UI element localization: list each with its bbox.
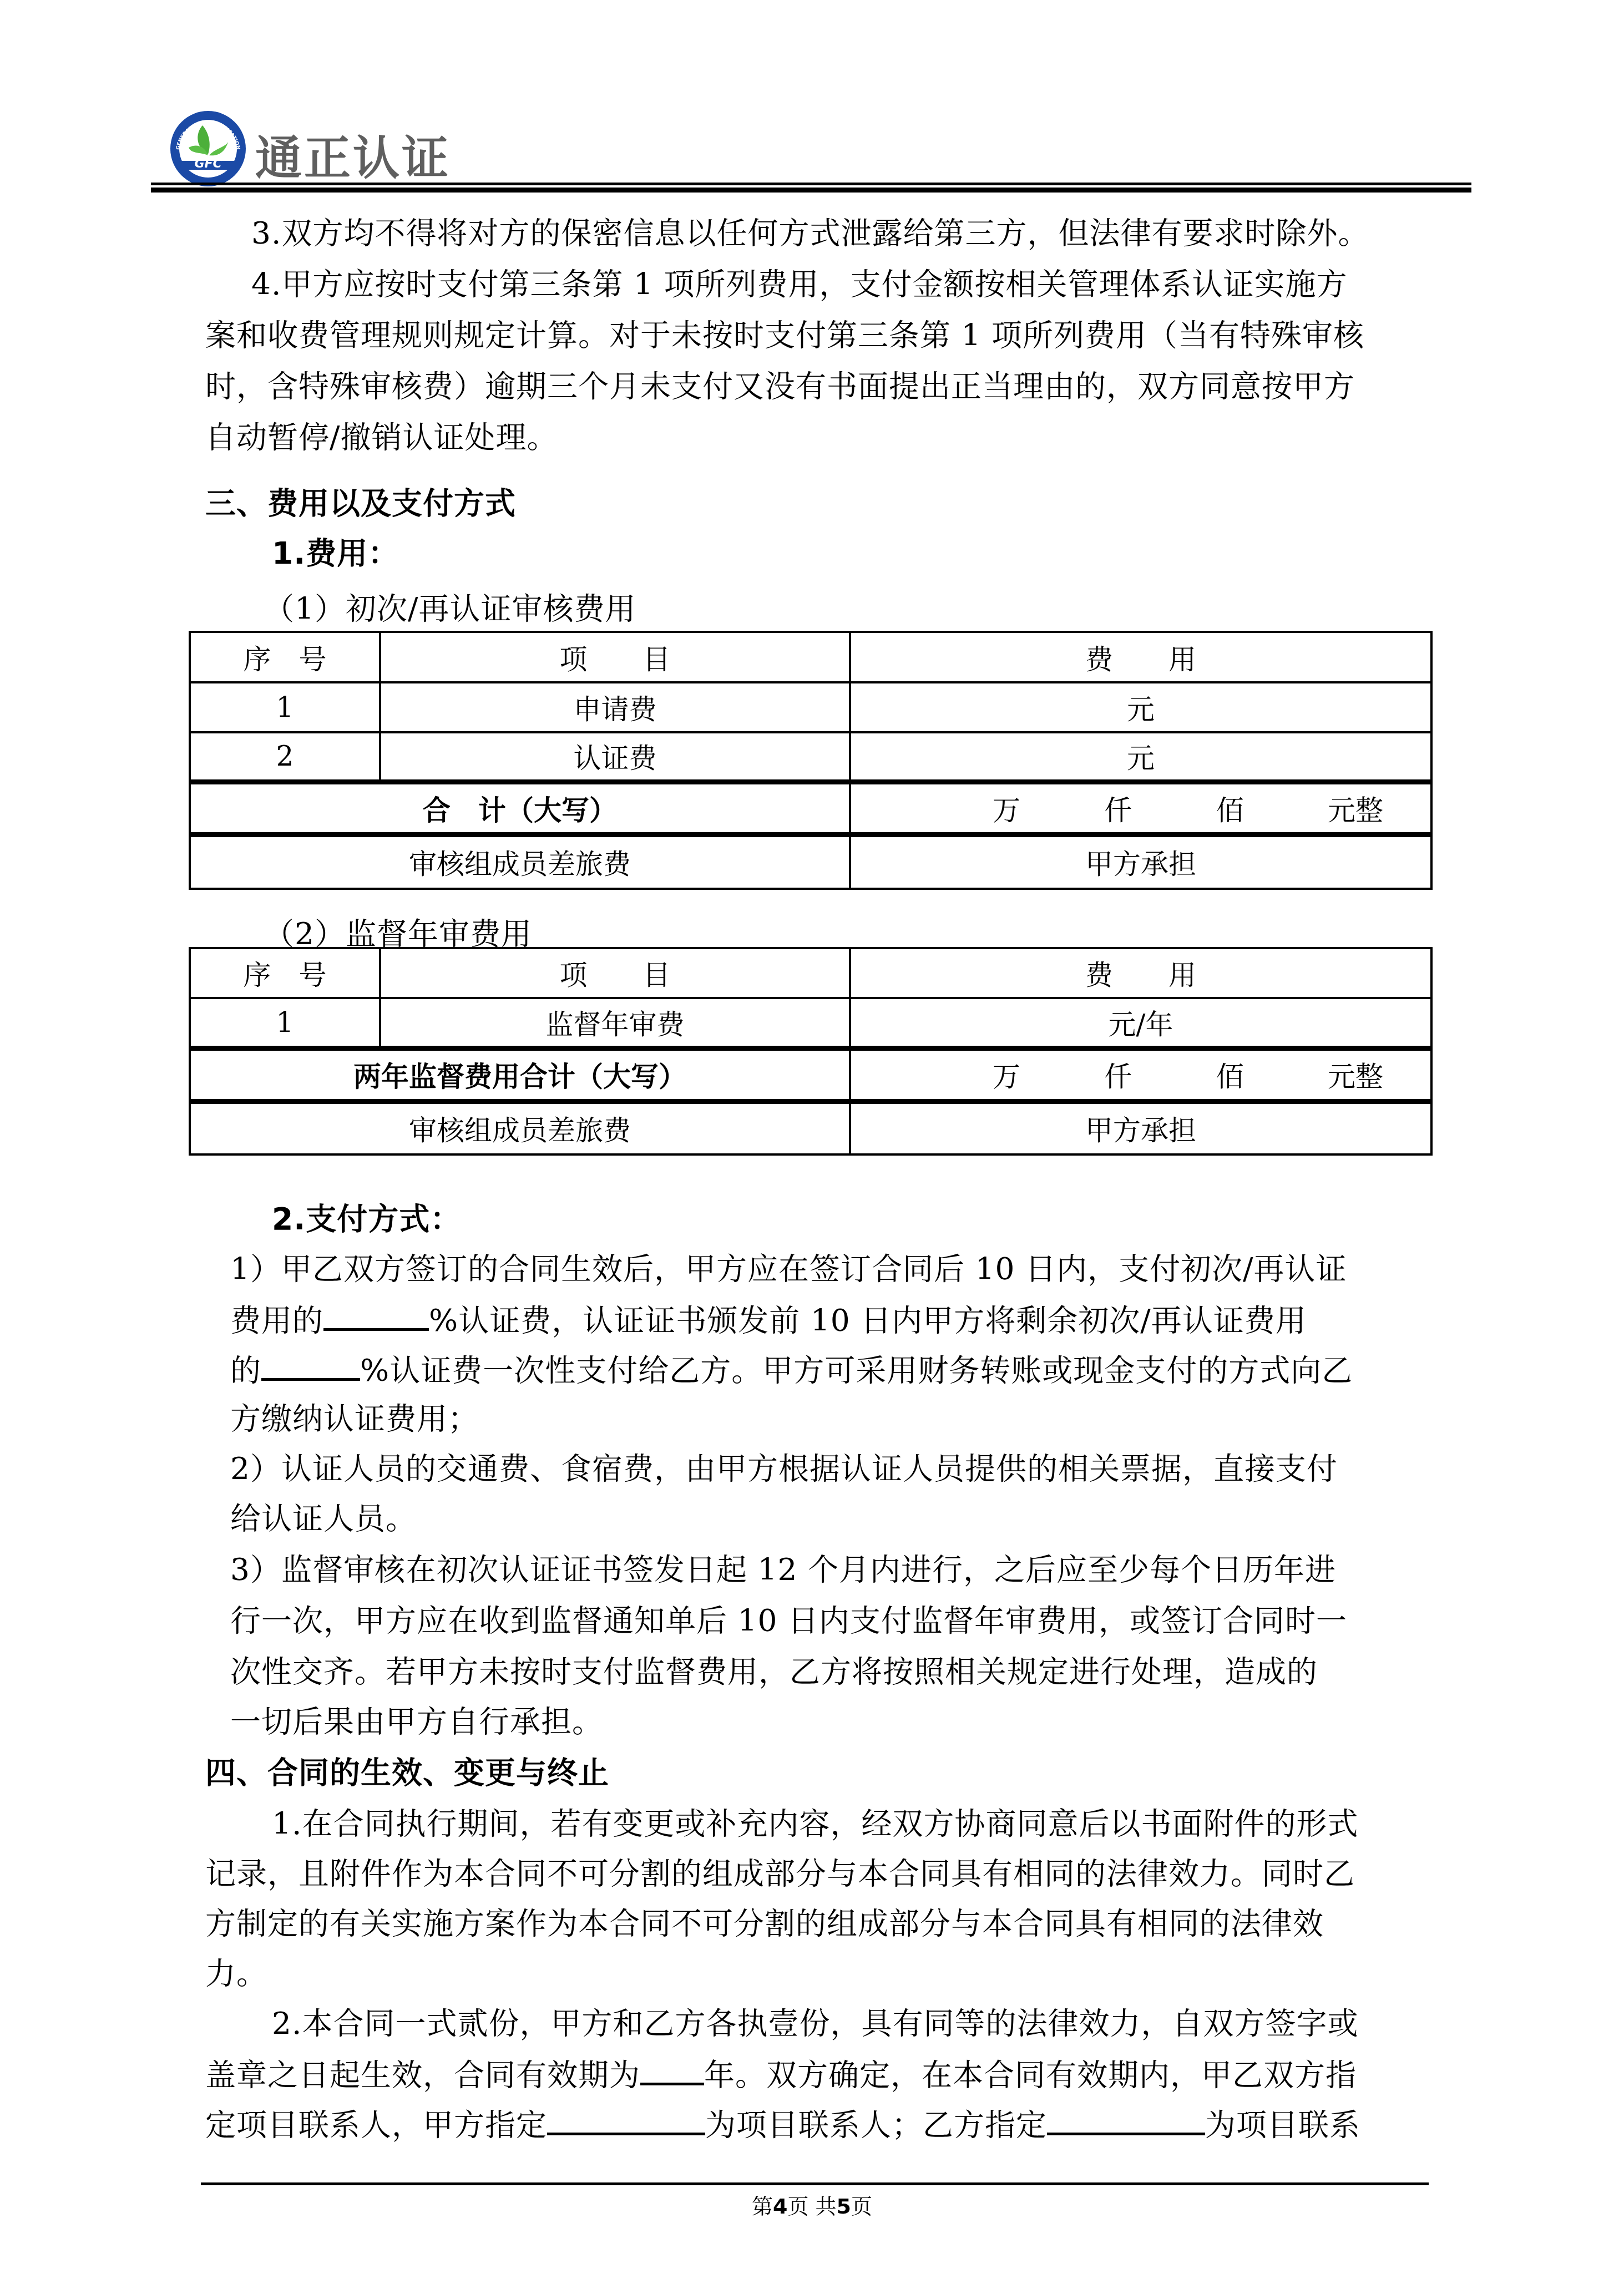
text: 的 (230, 1353, 261, 1388)
col-header-no: 序 号 (190, 948, 380, 998)
current-page: 4 (773, 2194, 787, 2219)
payment-p3-line2: 行一次，甲方应在收到监督通知单后 10 日内支付监督年审费用，或签订合同时一 (230, 1601, 1347, 1640)
text: 定项目联系人，甲方指定 (205, 2107, 547, 2143)
travel-row: 审核组成员差旅费 甲方承担 (190, 834, 1431, 889)
section4-p1-line3: 方制定的有关实施方案作为本合同不可分割的组成部分与本合同具有相同的法律效 (205, 1904, 1324, 1943)
row-item: 申请费 (380, 682, 850, 732)
clause-3: 3.双方均不得将对方的保密信息以任何方式泄露给第三方，但法律有要求时除外。 (251, 214, 1369, 252)
payment-p3-line4: 一切后果由甲方自行承担。 (230, 1702, 603, 1741)
payment-p3-line1: 3）监督审核在初次认证证书签发日起 12 个月内进行，之后应至少每个日历年进 (230, 1550, 1336, 1589)
unit-yuan: 元整 (1328, 1055, 1383, 1095)
clause-number: 4. (251, 266, 281, 302)
text: %认证费，认证证书颁发前 10 日内甲方将剩余初次/再认证费用 (429, 1303, 1307, 1338)
unit-yuan: 元整 (1328, 788, 1383, 828)
clause-4-line2: 案和收费管理规则规定计算。对于未按时支付第三条第 1 项所列费用（当有特殊审核 (205, 316, 1364, 354)
header-rule-thick (151, 188, 1471, 193)
total-row: 两年监督费用合计（大写） 万 仟 佰 元整 (190, 1048, 1431, 1101)
total-row: 合 计（大写） 万 仟 佰 元整 (190, 782, 1431, 834)
gfc-logo-icon: GFC GENERAL FAIR CERTIFICATION (169, 110, 247, 188)
clause-text: 甲方应按时支付第三条第 1 项所列费用，支付金额按相关管理体系认证实施方 (281, 266, 1347, 302)
brand-name: 通正认证 (255, 133, 451, 183)
unit-bai: 佰 (1216, 788, 1244, 828)
svg-text:GFC: GFC (194, 157, 221, 171)
travel-value: 甲方承担 (850, 1101, 1431, 1154)
row-no: 1 (190, 998, 380, 1048)
section4-p2-line2: 盖章之日起生效，合同有效期为年。双方确定，在本合同有效期内，甲乙双方指 (205, 2054, 1357, 2094)
clause-number: 3. (251, 215, 281, 251)
col-header-fee: 费 用 (850, 632, 1431, 682)
unit-bai: 佰 (1216, 1055, 1244, 1095)
payment-heading: 2.支付方式： (272, 1199, 461, 1238)
initial-fee-table: 序 号 项 目 费 用 1 申请费 元 2 认证费 元 合 计（大写） 万 仟 … (189, 631, 1433, 890)
surveillance-fee-table: 序 号 项 目 费 用 1 监督年审费 元/年 两年监督费用合计（大写） 万 仟… (189, 947, 1433, 1156)
text: 页 (851, 2194, 872, 2219)
payment-p1-line3: 的%认证费一次性支付给乙方。甲方可采用财务转账或现金支付的方式向乙 (230, 1349, 1353, 1390)
table-header-row: 序 号 项 目 费 用 (190, 632, 1431, 682)
text: %认证费一次性支付给乙方。甲方可采用财务转账或现金支付的方式向乙 (360, 1353, 1353, 1388)
travel-value: 甲方承担 (850, 834, 1431, 889)
total-label: 两年监督费用合计（大写） (190, 1048, 850, 1101)
row-item: 监督年审费 (380, 998, 850, 1048)
payment-p2-line1: 2）认证人员的交通费、食宿费，由甲方根据认证人员提供的相关票据，直接支付 (230, 1449, 1338, 1488)
clause-text: 双方均不得将对方的保密信息以任何方式泄露给第三方，但法律有要求时除外。 (281, 215, 1369, 251)
row-fee: 元/年 (850, 998, 1431, 1048)
section4-p2-line1: 2.本合同一式贰份，甲方和乙方各执壹份，具有同等的法律效力，自双方签字或 (272, 2004, 1358, 2043)
text: 盖章之日起生效，合同有效期为 (205, 2057, 640, 2093)
company-logo: GFC GENERAL FAIR CERTIFICATION (169, 110, 247, 188)
row-fee: 元 (850, 682, 1431, 732)
table-row: 1 监督年审费 元/年 (190, 998, 1431, 1048)
total-amount: 万 仟 佰 元整 (850, 782, 1431, 834)
clause-4-line1: 4.甲方应按时支付第三条第 1 项所列费用，支付金额按相关管理体系认证实施方 (251, 265, 1347, 303)
section-3-heading: 三、费用以及支付方式 (205, 484, 516, 523)
col-header-item: 项 目 (380, 948, 850, 998)
clause-4-line4: 自动暂停/撤销认证处理。 (205, 418, 558, 457)
footer-rule (201, 2182, 1429, 2185)
page-number: 第4页 共5页 (0, 2192, 1624, 2220)
travel-label: 审核组成员差旅费 (190, 834, 850, 889)
remaining-percent-blank[interactable] (261, 1349, 360, 1381)
payment-p3-line3: 次性交齐。若甲方未按时支付监督费用，乙方将按照相关规定进行处理，造成的 (230, 1652, 1318, 1691)
total-label: 合 计（大写） (190, 782, 850, 834)
payment-p1-line4: 方缴纳认证费用； (230, 1399, 479, 1438)
table-row: 2 认证费 元 (190, 732, 1431, 782)
payment-p1-line1: 1）甲乙双方签订的合同生效后，甲方应在签订合同后 10 日内，支付初次/再认证 (230, 1249, 1347, 1288)
table-header-row: 序 号 项 目 费 用 (190, 948, 1431, 998)
text: 年。双方确定，在本合同有效期内，甲乙双方指 (704, 2057, 1357, 2093)
travel-row: 审核组成员差旅费 甲方承担 (190, 1101, 1431, 1154)
row-no: 1 (190, 682, 380, 732)
unit-wan: 万 (993, 1055, 1020, 1095)
section4-p2-line3: 定项目联系人，甲方指定为项目联系人；乙方指定为项目联系 (205, 2104, 1360, 2144)
unit-qian: 仟 (1104, 788, 1132, 828)
payment-p2-line2: 给认证人员。 (230, 1499, 417, 1538)
travel-label: 审核组成员差旅费 (190, 1101, 850, 1154)
party-b-contact-blank[interactable] (1047, 2104, 1205, 2135)
col-header-fee: 费 用 (850, 948, 1431, 998)
validity-years-blank[interactable] (640, 2054, 704, 2085)
table-row: 1 申请费 元 (190, 682, 1431, 732)
row-no: 2 (190, 732, 380, 782)
col-header-no: 序 号 (190, 632, 380, 682)
row-item: 认证费 (380, 732, 850, 782)
text: 为项目联系人；乙方指定 (705, 2107, 1047, 2143)
section4-p1-line2: 记录，且附件作为本合同不可分割的组成部分与本合同具有相同的法律效力。同时乙 (205, 1854, 1355, 1893)
unit-wan: 万 (993, 788, 1020, 828)
col-header-item: 项 目 (380, 632, 850, 682)
first-percent-blank[interactable] (323, 1299, 429, 1331)
section-4-heading: 四、合同的生效、变更与终止 (205, 1753, 609, 1792)
header-rule-thin (151, 183, 1471, 185)
total-pages: 5 (837, 2194, 851, 2219)
payment-p1-line2: 费用的%认证费，认证证书颁发前 10 日内甲方将剩余初次/再认证费用 (230, 1299, 1307, 1340)
text: 页 共 (787, 2194, 836, 2219)
section4-p1-line4: 力。 (205, 1954, 267, 1993)
row-fee: 元 (850, 732, 1431, 782)
text: 费用的 (230, 1303, 323, 1338)
table1-caption: （1）初次/再认证审核费用 (264, 589, 636, 628)
unit-qian: 仟 (1104, 1055, 1132, 1095)
fees-heading: 1.费用： (272, 534, 399, 573)
clause-4-line3: 时，含特殊审核费）逾期三个月未支付又没有书面提出正当理由的，双方同意按甲方 (205, 367, 1355, 406)
text: 第 (752, 2194, 773, 2219)
section4-p1-line1: 1.在合同执行期间，若有变更或补充内容，经双方协商同意后以书面附件的形式 (272, 1804, 1358, 1843)
text: 为项目联系 (1205, 2107, 1360, 2143)
total-amount: 万 仟 佰 元整 (850, 1048, 1431, 1101)
party-a-contact-blank[interactable] (547, 2104, 705, 2135)
